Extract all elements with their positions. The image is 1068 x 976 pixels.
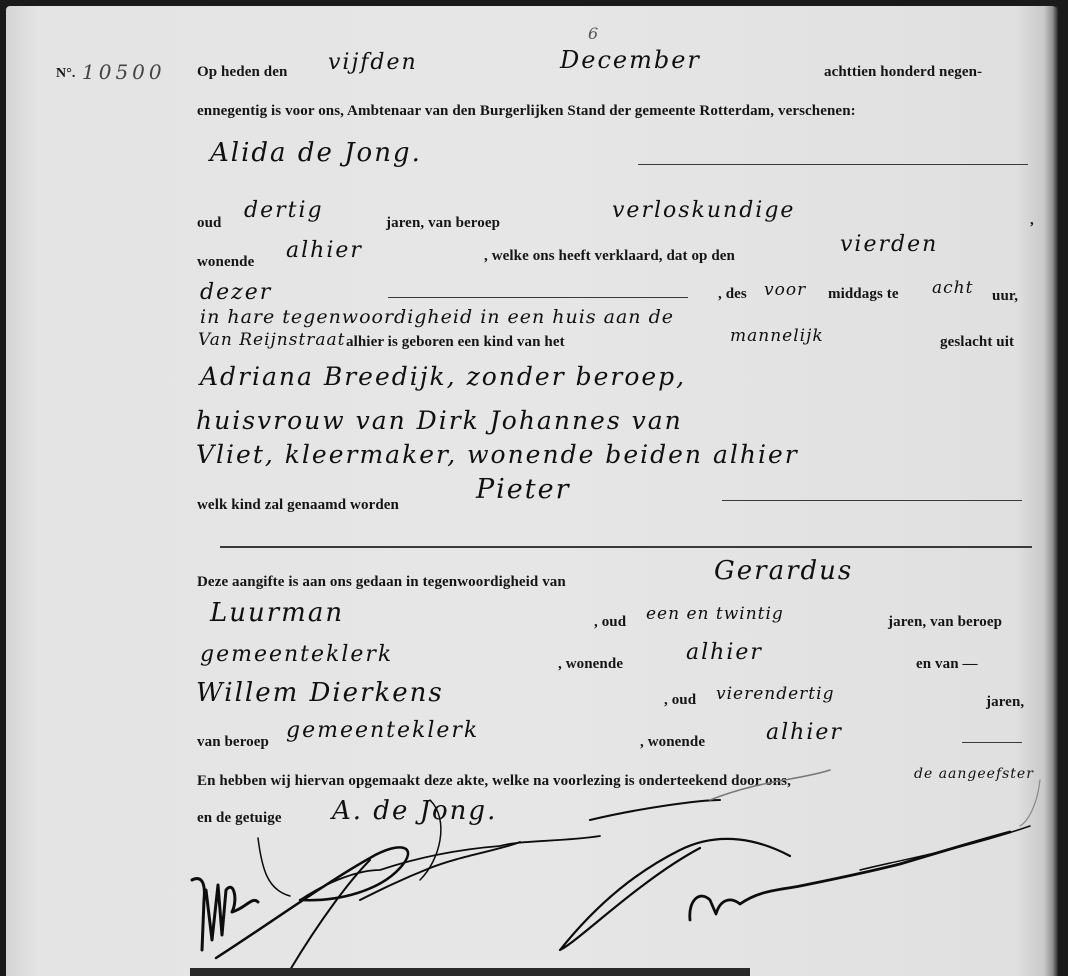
hand-witness1-residence: alhier: [686, 640, 763, 665]
hand-declarant-age: dertig: [244, 198, 324, 223]
act-number-label: N°.: [56, 66, 76, 82]
hand-witness1-age: een en twintig: [646, 604, 784, 624]
hand-dezer: dezer: [200, 280, 272, 305]
printed-van-beroep: van beroep: [197, 734, 269, 751]
printed-des: , des: [718, 286, 747, 303]
printed-jaren-beroep: jaren, van beroep: [888, 614, 1002, 631]
act-number: 10500: [82, 60, 166, 84]
hand-birth-day: vierden: [840, 232, 938, 257]
printed-oud: oud: [197, 215, 222, 232]
printed-year-part1: achttien honderd negen-: [824, 64, 982, 81]
hand-day: vijfden: [328, 50, 418, 75]
printed-oud: , oud: [664, 692, 696, 709]
printed-genaamd: welk kind zal genaamd worden: [197, 497, 399, 514]
hand-witness2-residence: alhier: [766, 720, 843, 745]
printed-en-van: en van —: [916, 656, 978, 673]
hand-declarant-signature: A. de Jong.: [332, 796, 497, 826]
hand-inserted-location: in hare tegenwoordigheid in een huis aan…: [200, 306, 674, 328]
hand-witness1-profession: gemeenteklerk: [200, 642, 393, 667]
hand-father-profession: Vliet, kleermaker, wonende beiden alhier: [196, 440, 799, 469]
printed-geslacht: geslacht uit: [940, 334, 1014, 351]
hand-street: Van Reijnstraat: [198, 330, 346, 350]
hand-child-sex: mannelijk: [730, 326, 824, 346]
printed-wonende: wonende: [197, 254, 254, 271]
page-bottom-edge: [190, 968, 750, 976]
hand-birth-hour: acht: [932, 278, 973, 298]
printed-getuige: en de getuige: [197, 810, 282, 827]
hand-father-name: huisvrouw van Dirk Johannes van: [196, 406, 683, 435]
printed-closing: En hebben wij hiervan opgemaakt deze akt…: [197, 773, 791, 790]
blank-line: [962, 742, 1022, 743]
printed-verklaard: , welke ons heeft verklaard, dat op den: [484, 248, 735, 265]
hand-declarant-residence: alhier: [286, 238, 363, 263]
page-edge-shadow: [1044, 6, 1058, 976]
printed-intro: Op heden den: [197, 64, 287, 81]
blank-line: [388, 297, 688, 298]
hand-child-name: Pieter: [476, 474, 571, 505]
hand-witness1-first: Gerardus: [714, 556, 853, 586]
printed-aangifte: Deze aangifte is aan ons gedaan in tegen…: [197, 574, 566, 591]
hand-witness2-name: Willem Dierkens: [196, 678, 444, 708]
printed-wonende: , wonende: [558, 656, 623, 673]
hand-declarant-profession: verloskundige: [612, 198, 795, 223]
hand-witness2-profession: gemeenteklerk: [286, 718, 479, 743]
printed-official-line: ennegentig is voor ons, Ambtenaar van de…: [197, 103, 856, 120]
hand-declarant-name: Alida de Jong.: [210, 138, 422, 168]
printed-middags: middags te: [828, 286, 899, 303]
section-separator: [220, 546, 1032, 548]
printed-uur: uur,: [992, 288, 1018, 305]
printed-oud: , oud: [594, 614, 626, 631]
hand-witness1-last: Luurman: [210, 598, 344, 628]
hand-aangeefster: de aangeefster: [914, 766, 1034, 782]
hand-voor: voor: [764, 280, 806, 300]
comma: ,: [1030, 212, 1034, 229]
blank-line: [638, 164, 1028, 165]
printed-wonende: , wonende: [640, 734, 705, 751]
printed-geboren: alhier is geboren een kind van het: [346, 334, 565, 351]
hand-witness2-age: vierendertig: [716, 684, 834, 704]
hand-month: December: [560, 46, 701, 74]
hand-mother-name: Adriana Breedijk, zonder beroep,: [200, 362, 686, 391]
date-correction-mark: 6: [588, 24, 599, 43]
printed-jaren-beroep: jaren, van beroep: [386, 215, 500, 232]
blank-line: [722, 500, 1022, 501]
printed-jaren: jaren,: [986, 694, 1024, 711]
